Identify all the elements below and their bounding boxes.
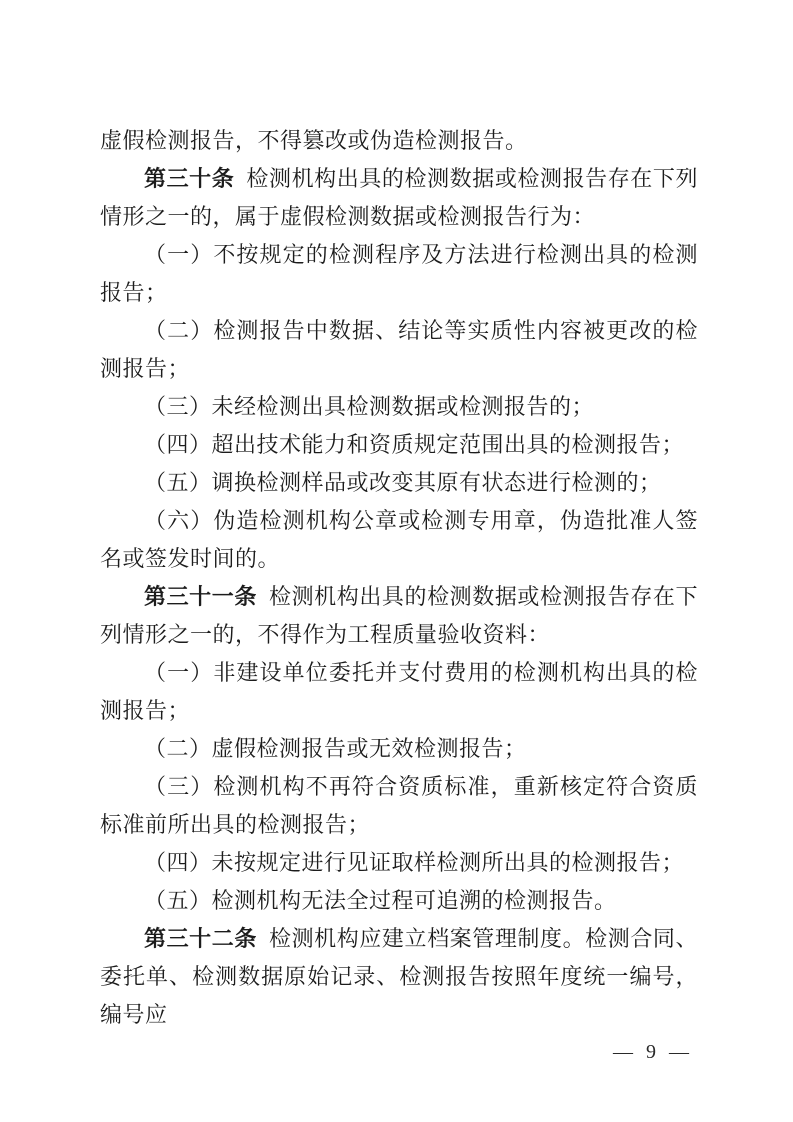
paragraph-text: （四）超出技术能力和资质规定范围出具的检测报告； <box>144 432 684 457</box>
article-number: 第三十一条 <box>144 584 257 609</box>
article-number: 第三十二条 <box>144 926 257 951</box>
paragraph-text: （一）非建设单位委托并支付费用的检测机构出具的检测报告； <box>100 660 698 723</box>
document-page: 虚假检测报告，不得篡改或伪造检测报告。 第三十条检测机构出具的检测数据或检测报告… <box>0 0 793 1122</box>
paragraph-text: （四）未按规定进行见证取样检测所出具的检测报告； <box>144 850 684 875</box>
paragraph: （二）虚假检测报告或无效检测报告； <box>100 730 698 768</box>
paragraph-text: （一）不按规定的检测程序及方法进行检测出具的检测报告； <box>100 242 698 305</box>
paragraph: （五）检测机构无法全过程可追溯的检测报告。 <box>100 882 698 920</box>
paragraph-text: （三）检测机构不再符合资质标准，重新核定符合资质标准前所出具的检测报告； <box>100 774 698 837</box>
paragraph: （四）超出技术能力和资质规定范围出具的检测报告； <box>100 426 698 464</box>
paragraph-text: （五）调换检测样品或改变其原有状态进行检测的； <box>144 470 662 495</box>
paragraph-text: （五）检测机构无法全过程可追溯的检测报告。 <box>144 888 617 913</box>
paragraph: （一）非建设单位委托并支付费用的检测机构出具的检测报告； <box>100 654 698 730</box>
page-number: — 9 — <box>613 1040 693 1064</box>
article-number: 第三十条 <box>144 166 234 191</box>
paragraph: （三）未经检测出具检测数据或检测报告的； <box>100 388 698 426</box>
paragraph-text: （三）未经检测出具检测数据或检测报告的； <box>144 394 594 419</box>
paragraph: 第三十一条检测机构出具的检测数据或检测报告存在下列情形之一的，不得作为工程质量验… <box>100 578 698 654</box>
paragraph: （五）调换检测样品或改变其原有状态进行检测的； <box>100 464 698 502</box>
paragraph: 第三十条检测机构出具的检测数据或检测报告存在下列情形之一的，属于虚假检测数据或检… <box>100 160 698 236</box>
paragraph: （四）未按规定进行见证取样检测所出具的检测报告； <box>100 844 698 882</box>
document-body: 虚假检测报告，不得篡改或伪造检测报告。 第三十条检测机构出具的检测数据或检测报告… <box>100 122 698 1034</box>
paragraph: 第三十二条检测机构应建立档案管理制度。检测合同、委托单、检测数据原始记录、检测报… <box>100 920 698 1034</box>
paragraph: 虚假检测报告，不得篡改或伪造检测报告。 <box>100 122 698 160</box>
paragraph: （三）检测机构不再符合资质标准，重新核定符合资质标准前所出具的检测报告； <box>100 768 698 844</box>
paragraph-text: （六）伪造检测机构公章或检测专用章，伪造批准人签名或签发时间的。 <box>100 508 698 571</box>
paragraph-text: 虚假检测报告，不得篡改或伪造检测报告。 <box>100 128 528 153</box>
paragraph: （六）伪造检测机构公章或检测专用章，伪造批准人签名或签发时间的。 <box>100 502 698 578</box>
paragraph-text: （二）虚假检测报告或无效检测报告； <box>144 736 527 761</box>
paragraph: （二）检测报告中数据、结论等实质性内容被更改的检测报告； <box>100 312 698 388</box>
paragraph: （一）不按规定的检测程序及方法进行检测出具的检测报告； <box>100 236 698 312</box>
paragraph-text: （二）检测报告中数据、结论等实质性内容被更改的检测报告； <box>100 318 698 381</box>
